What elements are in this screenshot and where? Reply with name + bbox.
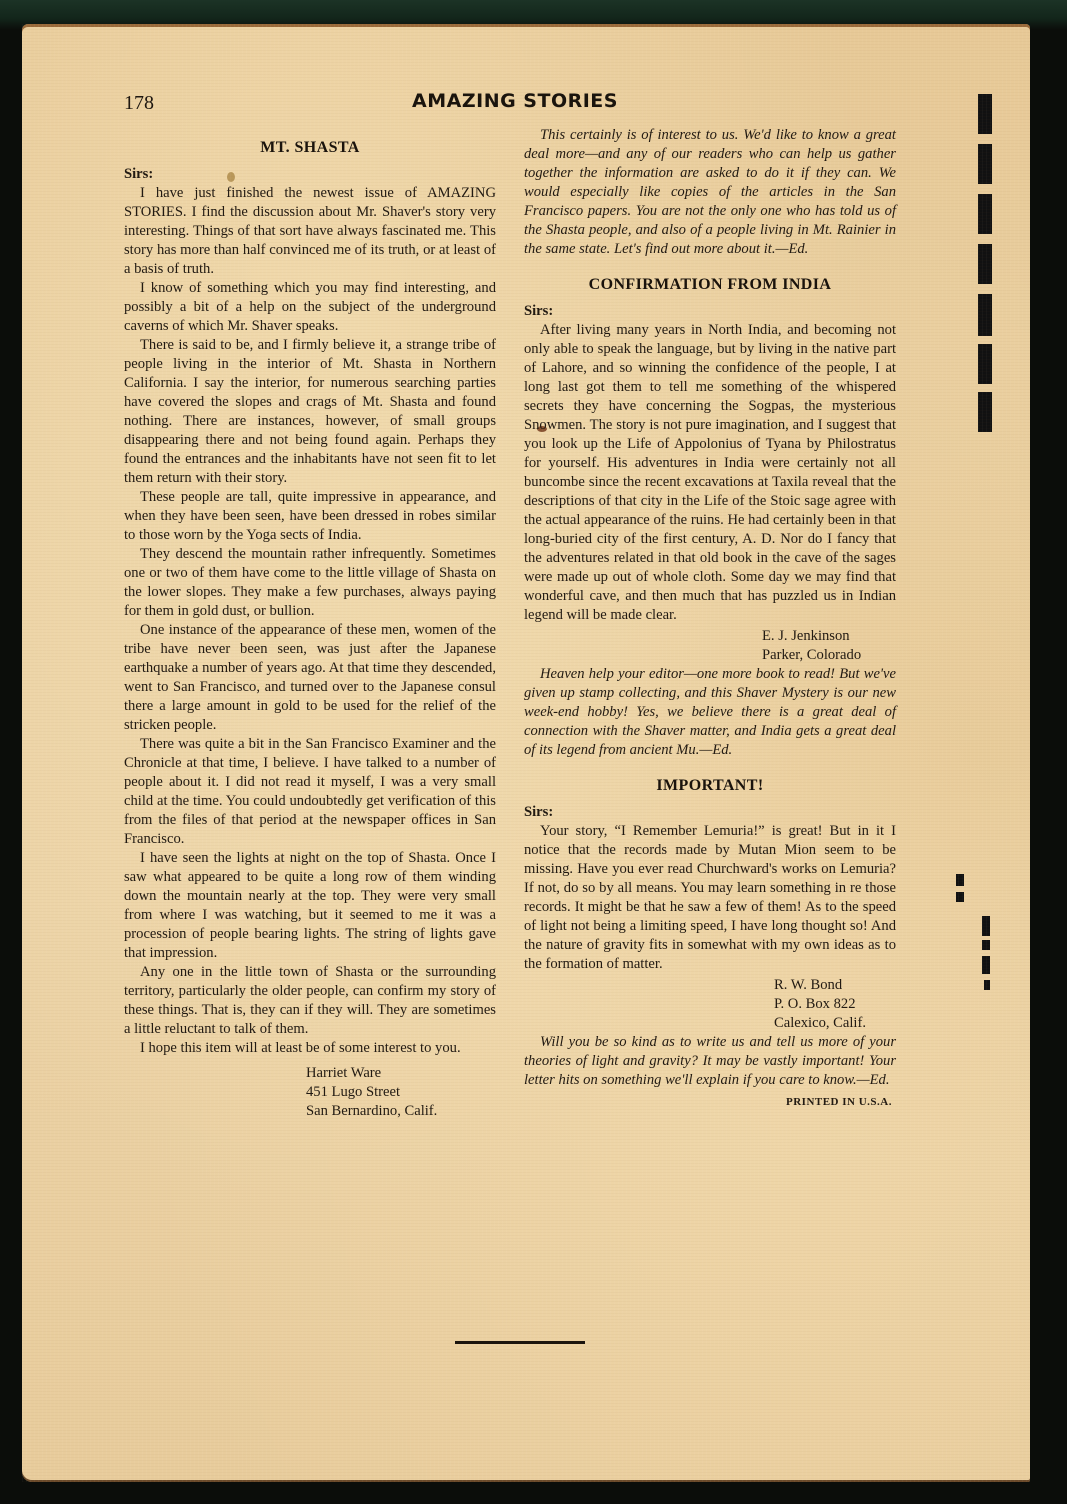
signature-name: R. W. Bond <box>774 976 896 995</box>
letter-title: MT. SHASTA <box>124 138 496 157</box>
letter-title: CONFIRMATION FROM INDIA <box>524 275 896 294</box>
signature-address: P. O. Box 822 <box>774 995 896 1014</box>
letter-important: IMPORTANT! Sirs: Your story, “I Remember… <box>524 776 896 1090</box>
letter-paragraph: There was quite a bit in the San Francis… <box>124 735 496 849</box>
left-column: MT. SHASTA Sirs: I have just finished th… <box>124 138 496 1121</box>
salutation: Sirs: <box>124 165 496 184</box>
letter-paragraph: After living many years in North India, … <box>524 321 896 625</box>
letter-paragraph: I have seen the lights at night on the t… <box>124 849 496 963</box>
page-header: 178 AMAZING STORIES <box>100 88 930 118</box>
magazine-title: AMAZING STORIES <box>100 90 930 112</box>
signature-name: Harriet Ware <box>306 1064 496 1083</box>
signature-address: 451 Lugo Street <box>306 1083 496 1102</box>
letter-paragraph: Your story, “I Remember Lemuria!” is gre… <box>524 822 896 974</box>
printed-in-usa: PRINTED IN U.S.A. <box>524 1093 896 1112</box>
letter-paragraph: I hope this item will at least be of som… <box>124 1039 496 1058</box>
editor-note: Heaven help your editor—one more book to… <box>524 665 896 760</box>
letter-confirmation-from-india: CONFIRMATION FROM INDIA Sirs: After livi… <box>524 275 896 760</box>
letter-paragraph: Any one in the little town of Shasta or … <box>124 963 496 1039</box>
salutation: Sirs: <box>524 803 896 822</box>
letter-paragraph: One instance of the appearance of these … <box>124 621 496 735</box>
binding-perforation-marks <box>978 24 992 1482</box>
signature-city: Parker, Colorado <box>762 646 896 665</box>
signature-city: Calexico, Calif. <box>774 1014 896 1033</box>
letter-paragraph: I know of something which you may find i… <box>124 279 496 336</box>
end-rule-divider <box>455 1341 585 1344</box>
signature-name: E. J. Jenkinson <box>762 627 896 646</box>
letter-mt-shasta: MT. SHASTA Sirs: I have just finished th… <box>124 138 496 1121</box>
right-column: This certainly is of interest to us. We'… <box>524 126 896 1112</box>
editor-note: This certainly is of interest to us. We'… <box>524 126 896 259</box>
letter-paragraph: These people are tall, quite impressive … <box>124 488 496 545</box>
letter-paragraph: There is said to be, and I firmly believ… <box>124 336 496 488</box>
letter-signature: Harriet Ware 451 Lugo Street San Bernard… <box>124 1064 496 1121</box>
letter-paragraph: I have just finished the newest issue of… <box>124 184 496 279</box>
letter-signature: E. J. Jenkinson Parker, Colorado <box>524 627 896 665</box>
letter-signature: R. W. Bond P. O. Box 822 Calexico, Calif… <box>524 976 896 1033</box>
salutation: Sirs: <box>524 302 896 321</box>
signature-city: San Bernardino, Calif. <box>306 1102 496 1121</box>
editor-note: Will you be so kind as to write us and t… <box>524 1033 896 1090</box>
letter-title: IMPORTANT! <box>524 776 896 795</box>
letter-paragraph: They descend the mountain rather infrequ… <box>124 545 496 621</box>
